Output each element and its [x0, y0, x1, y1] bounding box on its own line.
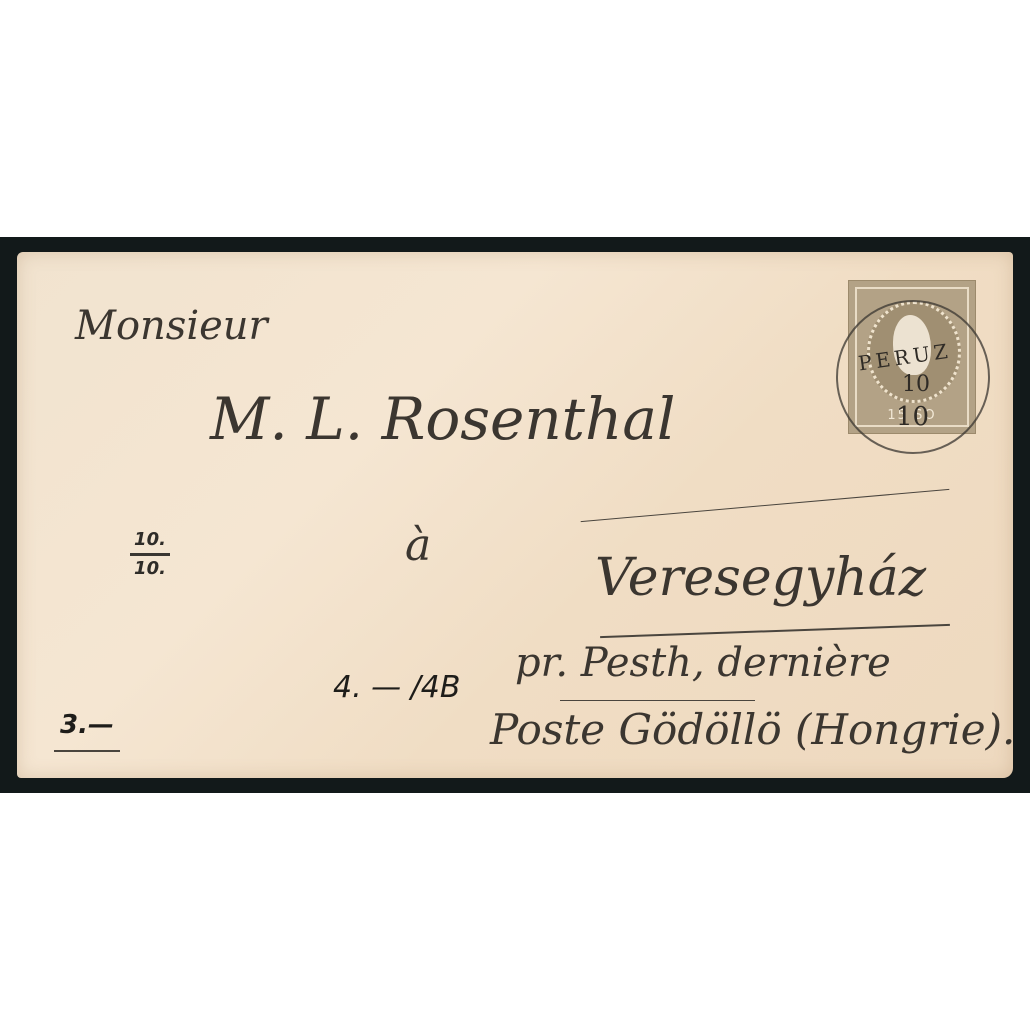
fraction-top: 10.	[128, 527, 172, 553]
salutation: Monsieur	[75, 303, 268, 349]
post-office-line: Poste Gödöllö (Hongrie).	[490, 705, 1015, 754]
rate-note: 4. — /4B	[333, 670, 460, 705]
postmark-day: 10	[902, 372, 930, 397]
left-note: 3.—	[60, 710, 114, 740]
fraction-note: 10. 10.	[128, 527, 172, 582]
destination-town: Veresegyház	[595, 548, 926, 608]
postmark-month: 10	[896, 402, 929, 432]
preposition: à	[405, 520, 431, 571]
pesth-underline	[560, 700, 755, 701]
addressee-name: M. L. Rosenthal	[210, 385, 675, 453]
routing-line: pr. Pesth, dernière	[515, 640, 891, 686]
left-note-underline	[54, 750, 120, 752]
fraction-bottom: 10.	[128, 556, 172, 582]
